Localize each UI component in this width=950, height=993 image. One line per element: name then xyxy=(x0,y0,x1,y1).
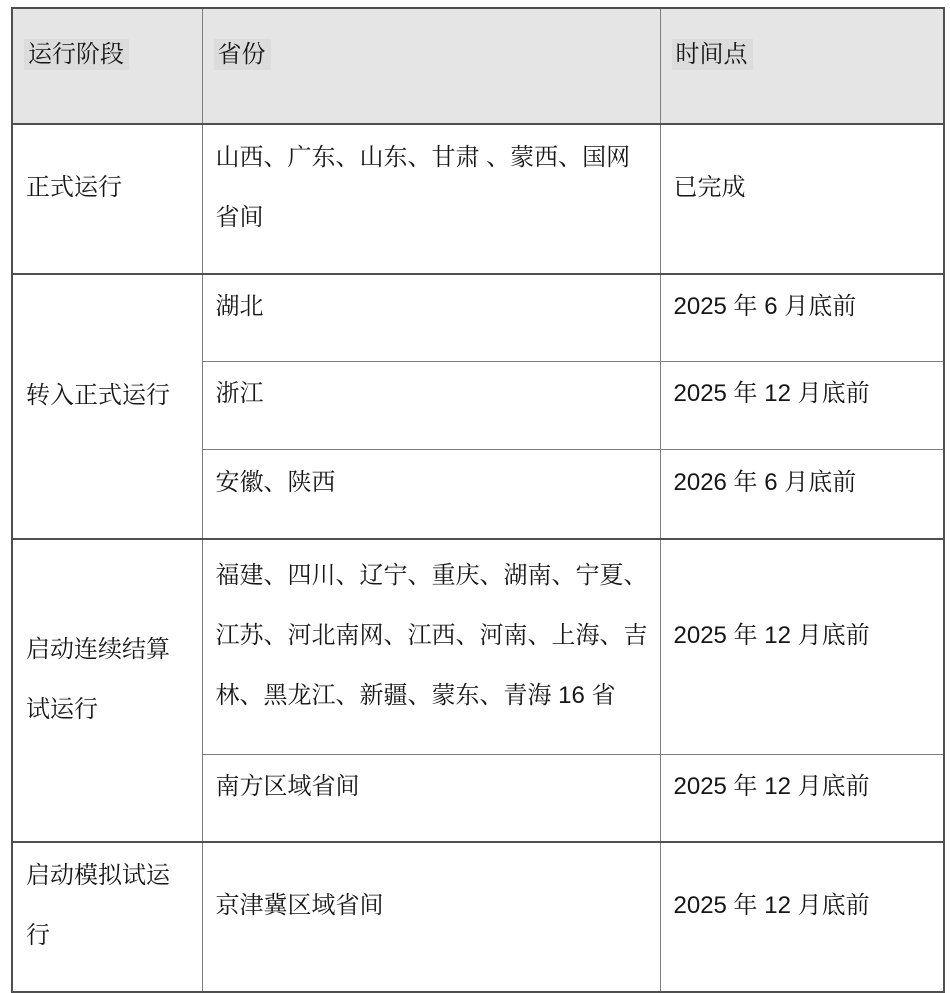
header-cell-province: 省份 xyxy=(202,8,660,124)
stage-cell: 正式运行 xyxy=(12,124,202,274)
stage-cell: 启动连续结算 试运行 xyxy=(12,539,202,842)
stage-cell: 启动模拟试运 行 xyxy=(12,842,202,992)
time-cell: 2025 年 12 月底前 xyxy=(660,842,944,992)
time-cell: 2025 年 6 月底前 xyxy=(660,274,944,361)
province-cell: 福建、四川、辽宁、重庆、湖南、宁夏、 江苏、河北南网、江西、河南、上海、吉 林、… xyxy=(202,539,660,754)
header-province-label: 省份 xyxy=(214,39,271,70)
table-row: 启动连续结算 试运行 福建、四川、辽宁、重庆、湖南、宁夏、 江苏、河北南网、江西… xyxy=(12,539,944,754)
time-cell: 已完成 xyxy=(660,124,944,274)
time-cell: 2025 年 12 月底前 xyxy=(660,754,944,842)
header-row: 运行阶段 省份 时间点 xyxy=(12,8,944,124)
header-cell-time: 时间点 xyxy=(660,8,944,124)
time-cell: 2026 年 6 月底前 xyxy=(660,449,944,539)
time-cell: 2025 年 12 月底前 xyxy=(660,539,944,754)
table-row: 正式运行 山西、广东、山东、甘肃 、蒙西、国网 省间 已完成 xyxy=(12,124,944,274)
header-cell-stage: 运行阶段 xyxy=(12,8,202,124)
province-cell: 安徽、陕西 xyxy=(202,449,660,539)
operation-schedule-table: 运行阶段 省份 时间点 正式运行 山西、广东、山东、甘肃 、蒙西、国网 省间 已… xyxy=(11,7,945,993)
time-cell: 2025 年 12 月底前 xyxy=(660,361,944,449)
province-cell: 湖北 xyxy=(202,274,660,361)
province-cell: 南方区域省间 xyxy=(202,754,660,842)
header-time-label: 时间点 xyxy=(672,39,753,70)
header-stage-label: 运行阶段 xyxy=(24,39,129,70)
table-row: 启动模拟试运 行 京津冀区域省间 2025 年 12 月底前 xyxy=(12,842,944,992)
province-cell: 京津冀区域省间 xyxy=(202,842,660,992)
stage-cell: 转入正式运行 xyxy=(12,274,202,539)
table-row: 转入正式运行 湖北 2025 年 6 月底前 xyxy=(12,274,944,361)
province-cell: 浙江 xyxy=(202,361,660,449)
province-cell: 山西、广东、山东、甘肃 、蒙西、国网 省间 xyxy=(202,124,660,274)
